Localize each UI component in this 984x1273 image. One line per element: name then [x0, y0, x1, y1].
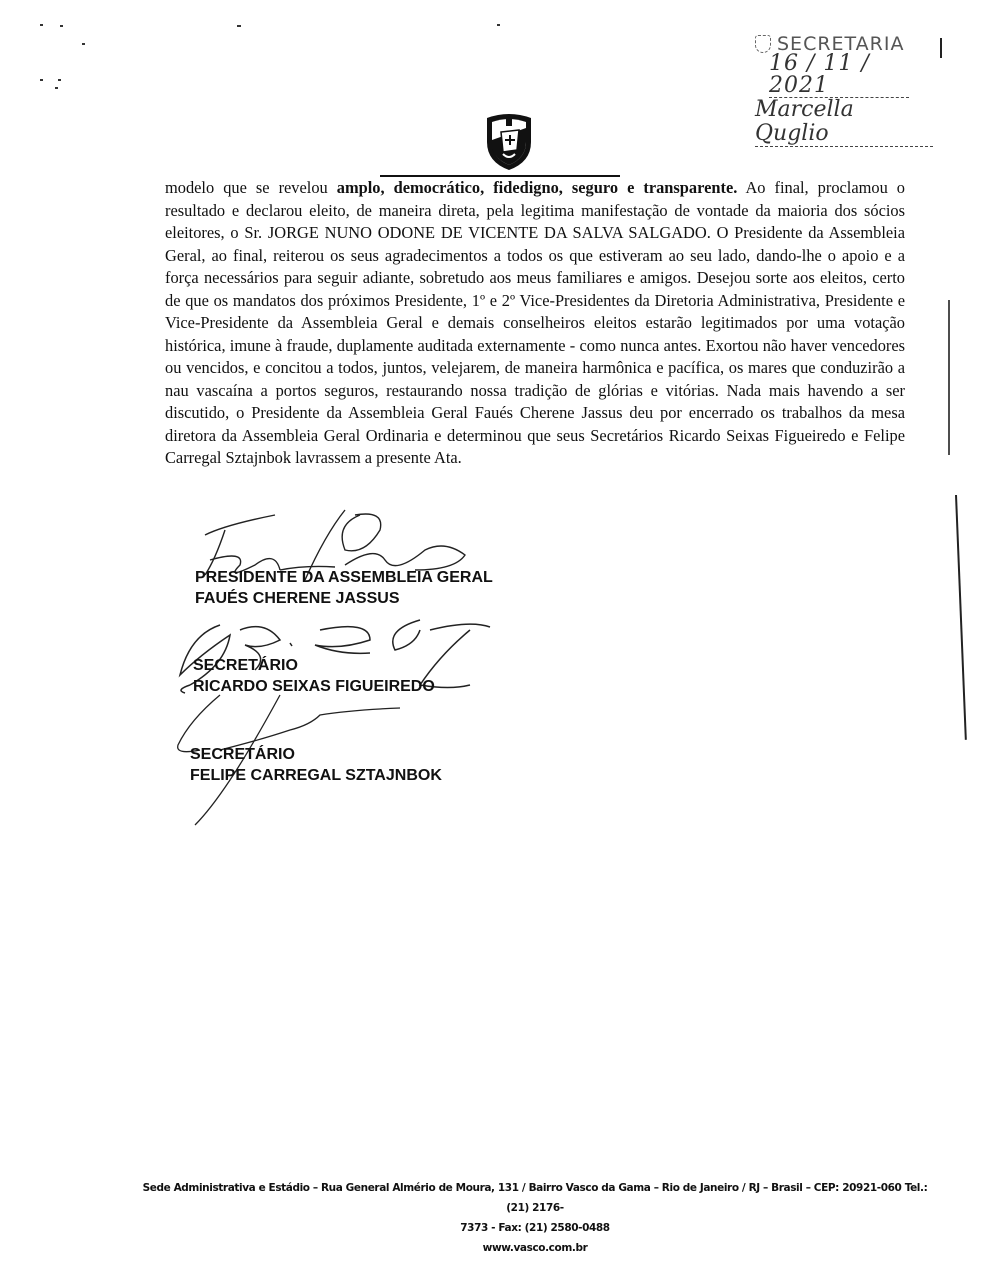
signatory-role: SECRETÁRIO	[193, 655, 435, 676]
emphasized-text: amplo, democrático, fidedigno, seguro e …	[337, 178, 738, 197]
signatory-role: SECRETÁRIO	[190, 744, 442, 765]
footer-phone-fax: 7373 - Fax: (21) 2580-0488	[140, 1218, 930, 1238]
footer-address: Sede Administrativa e Estádio – Rua Gene…	[140, 1178, 930, 1218]
letterhead-footer: Sede Administrativa e Estádio – Rua Gene…	[140, 1178, 930, 1258]
signatory-name: FAUÉS CHERENE JASSUS	[195, 588, 493, 609]
vasco-crest-icon	[483, 110, 535, 172]
signature-block-president: PRESIDENTE DA ASSEMBLEIA GERAL FAUÉS CHE…	[195, 567, 493, 609]
minutes-paragraph: modelo que se revelou amplo, democrático…	[165, 177, 905, 470]
signatory-name: FELIPE CARREGAL SZTAJNBOK	[190, 765, 442, 786]
stamp-signature: Marcella Quglio	[755, 98, 933, 147]
footer-website: www.vasco.com.br	[140, 1238, 930, 1258]
scan-edge-mark	[955, 495, 967, 740]
signatory-role: PRESIDENTE DA ASSEMBLEIA GERAL	[195, 567, 493, 588]
paragraph-text: Ao final, proclamou o resultado e declar…	[165, 178, 905, 467]
signature-block-secretary-2: SECRETÁRIO FELIPE CARREGAL SZTAJNBOK	[190, 744, 442, 786]
scan-edge-mark	[948, 300, 950, 455]
scan-edge-mark	[940, 38, 942, 58]
received-stamp: SECRETARIA 16 / 11 / 2021 Marcella Qugli…	[755, 33, 935, 147]
paragraph-text: modelo que se revelou	[165, 178, 337, 197]
stamp-date: 16 / 11 / 2021	[769, 53, 909, 98]
